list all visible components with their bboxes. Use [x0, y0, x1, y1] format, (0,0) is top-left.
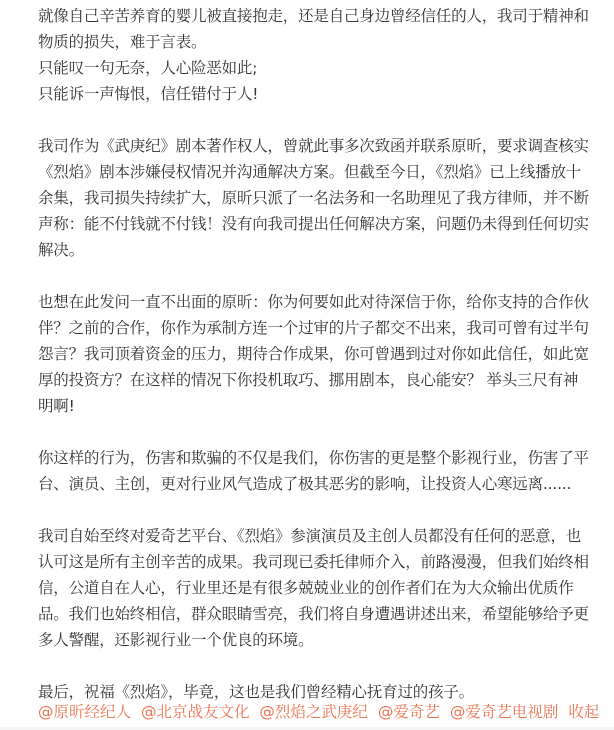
- paragraph-stance: 我司自始至终对爱奇艺平台、《烈焰》参演演员及主创人员都没有任何的恶意，也 认可这…: [38, 523, 608, 653]
- text-line: 我司作为《武庚纪》剧本著作权人，曾就此事多次致函并联系原昕，要求调查核实: [38, 133, 608, 159]
- text-line: 解决。: [38, 237, 608, 263]
- paragraph-copyright-claim: 我司作为《武庚纪》剧本著作权人，曾就此事多次致函并联系原昕，要求调查核实 《烈焰…: [38, 133, 608, 263]
- mention-list: @原昕经纪人 @北京战友文化 @烈焰之武庚纪 @爱奇艺 @爱奇艺电视剧 收起: [38, 701, 599, 723]
- text-line: 我司自始至终对爱奇艺平台、《烈焰》参演演员及主创人员都没有任何的恶意，也: [38, 523, 608, 549]
- text-line: 你这样的行为，伤害和欺骗的不仅是我们，你伤害的更是整个影视行业，伤害了平: [38, 445, 608, 471]
- mention-link[interactable]: @北京战友文化: [141, 703, 250, 721]
- text-line: 怨言？我司顶着资金的压力，期待合作成果，你可曾遇到过对你如此信任，如此宽: [38, 341, 608, 367]
- text-line: 伴？之前的合作，你作为承制方连一个过审的片子都交不出来，我司可曾有过半句: [38, 315, 608, 341]
- text-line: 余集，我司损失持续扩大，原昕只派了一名法务和一名助理见了我方律师，并不断: [38, 185, 608, 211]
- post-body: 就像自己辛苦养育的婴儿被直接抱走，还是自己身边曾经信任的人，我司于精神和 物质的…: [38, 3, 608, 730]
- paragraph-lament: 就像自己辛苦养育的婴儿被直接抱走，还是自己身边曾经信任的人，我司于精神和 物质的…: [38, 3, 608, 107]
- mention-link[interactable]: @原昕经纪人: [38, 703, 131, 721]
- paragraph-question: 也想在此发问一直不出面的原昕：你为何要如此对待深信于你，给你支持的合作伙 伴？之…: [38, 289, 608, 419]
- collapse-button[interactable]: 收起: [568, 703, 599, 721]
- text-line: 只能诉一声悔恨，信任错付于人!: [38, 81, 608, 107]
- text-line: 物质的损失，难于言表。: [38, 29, 608, 55]
- text-line: 只能叹一句无奈，人心险恶如此;: [38, 55, 608, 81]
- mention-link[interactable]: @烈焰之武庚纪: [259, 703, 368, 721]
- text-line: 台、演员、主创，更对行业风气造成了极其恶劣的影响，让投资人心寒远离......: [38, 471, 608, 497]
- mention-link[interactable]: @爱奇艺电视剧: [450, 703, 559, 721]
- text-line: 认可这是所有主创辛苦的成果。我司现已委托律师介入，前路漫漫，但我们始终相: [38, 549, 608, 575]
- text-line: 《烈焰》剧本涉嫌侵权情况并沟通解决方案。但截至今日，《烈焰》已上线播放十: [38, 159, 608, 185]
- text-line: 明啊!: [38, 393, 608, 419]
- text-line: 多人警醒，还影视行业一个优良的环境。: [38, 627, 608, 653]
- mention-link[interactable]: @爱奇艺: [378, 703, 440, 721]
- text-line: 信，公道自在人心，行业里还是有很多兢兢业业的创作者们在为大众输出优质作: [38, 575, 608, 601]
- paragraph-harm: 你这样的行为，伤害和欺骗的不仅是我们，你伤害的更是整个影视行业，伤害了平 台、演…: [38, 445, 608, 497]
- text-line: 就像自己辛苦养育的婴儿被直接抱走，还是自己身边曾经信任的人，我司于精神和: [38, 3, 608, 29]
- text-line: 品。我们也始终相信，群众眼睛雪亮，我们将自身遭遇讲述出来，希望能够给予更: [38, 601, 608, 627]
- text-line: 也想在此发问一直不出面的原昕：你为何要如此对待深信于你，给你支持的合作伙: [38, 289, 608, 315]
- text-line: 声称：能不付钱就不付钱！没有向我司提出任何解决方案，问题仍未得到任何切实: [38, 211, 608, 237]
- text-line: 厚的投资方？在这样的情况下你投机取巧、挪用剧本，良心能安？ 举头三尺有神: [38, 367, 608, 393]
